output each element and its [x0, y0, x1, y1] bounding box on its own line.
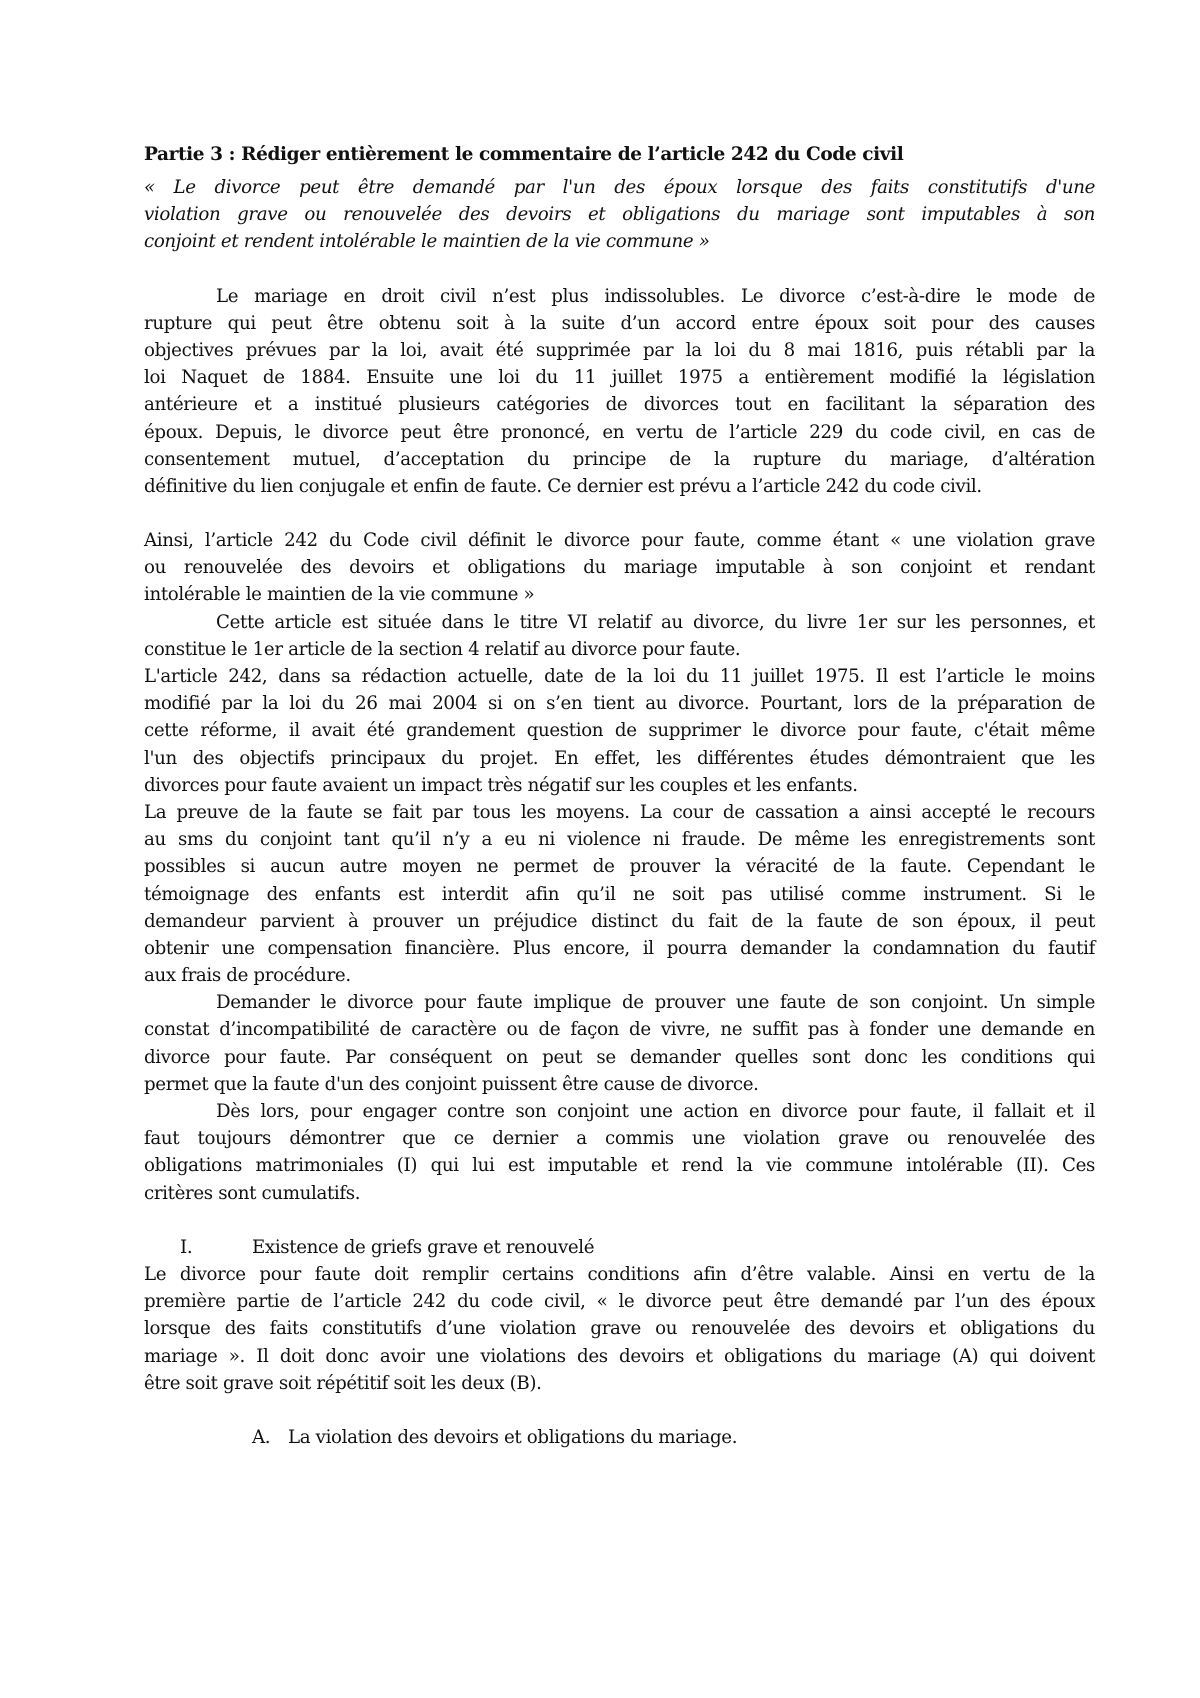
- paragraph-line: critères sont cumulatifs.: [144, 1180, 1095, 1207]
- paragraph-history: L'article 242, dans sa rédaction actuell…: [144, 663, 1095, 799]
- paragraph-plan: Dès lors, pour engager contre son conjoi…: [144, 1098, 1095, 1207]
- subsection-title: La violation des devoirs et obligations …: [288, 1427, 737, 1448]
- paragraph-line: l'un des objectifs principaux du projet.…: [144, 745, 1095, 772]
- paragraph-line: obtenir une compensation financière. Plu…: [144, 935, 1095, 962]
- paragraph-line: constitue le 1er article de la section 4…: [144, 636, 1095, 663]
- paragraph-location: Cette article est située dans le titre V…: [144, 609, 1095, 663]
- paragraph-line: obligations matrimoniales (I) qui lui es…: [144, 1152, 1095, 1179]
- paragraph-problematic: Demander le divorce pour faute implique …: [144, 989, 1095, 1098]
- paragraph-line: Le divorce pour faute doit remplir certa…: [144, 1261, 1095, 1288]
- paragraph-line: époux. Depuis, le divorce peut être pron…: [144, 419, 1095, 446]
- paragraph-line: rupture qui peut être obtenu soit à la s…: [144, 310, 1095, 337]
- section-heading-I: I.Existence de griefs grave et renouvelé: [144, 1234, 1095, 1261]
- paragraph-line: loi Naquet de 1884. Ensuite une loi du 1…: [144, 364, 1095, 391]
- paragraph-line: mariage ». Il doit donc avoir une violat…: [144, 1343, 1095, 1370]
- paragraph-line: L'article 242, dans sa rédaction actuell…: [144, 663, 1095, 690]
- paragraph-line: intolérable le maintien de la vie commun…: [144, 581, 1095, 608]
- paragraph-line: Cette article est située dans le titre V…: [144, 609, 1095, 636]
- paragraph-line: au sms du conjoint tant qu’il n’y a eu n…: [144, 826, 1095, 853]
- paragraph-definition: Ainsi, l’article 242 du Code civil défin…: [144, 527, 1095, 609]
- subsection-number: A.: [252, 1424, 288, 1451]
- paragraph-line: divorces pour faute avaient un impact tr…: [144, 772, 1095, 799]
- paragraph-line: possibles si aucun autre moyen ne permet…: [144, 853, 1095, 880]
- paragraph-introduction: Le mariage en droit civil n’est plus ind…: [144, 283, 1095, 501]
- paragraph-line: permet que la faute d'un des conjoint pu…: [144, 1071, 1095, 1098]
- paragraph-line: aux frais de procédure.: [144, 962, 1095, 989]
- paragraph-line: constat d’incompatibilité de caractère o…: [144, 1016, 1095, 1043]
- paragraph-line: ou renouvelée des devoirs et obligations…: [144, 554, 1095, 581]
- paragraph-line: Le mariage en droit civil n’est plus ind…: [144, 283, 1095, 310]
- paragraph-line: définitive du lien conjugale et enfin de…: [144, 473, 1095, 500]
- paragraph-line: Demander le divorce pour faute implique …: [144, 989, 1095, 1016]
- article-quote: « Le divorce peut être demandé par l'un …: [144, 174, 1095, 256]
- document-page: Partie 3 : Rédiger entièrement le commen…: [144, 142, 1095, 1451]
- paragraph-line: consentement mutuel, d’acceptation du pr…: [144, 446, 1095, 473]
- paragraph-line: demandeur parvient à prouver un préjudic…: [144, 908, 1095, 935]
- document-title: Partie 3 : Rédiger entièrement le commen…: [144, 142, 1095, 168]
- quote-line: violation grave ou renouvelée des devoir…: [144, 201, 1095, 228]
- paragraph-line: La preuve de la faute se fait par tous l…: [144, 799, 1095, 826]
- paragraph-evidence: La preuve de la faute se fait par tous l…: [144, 799, 1095, 989]
- paragraph-line: cette réforme, il avait été grandement q…: [144, 717, 1095, 744]
- paragraph-line: faut toujours démontrer que ce dernier a…: [144, 1125, 1095, 1152]
- paragraph-line: Ainsi, l’article 242 du Code civil défin…: [144, 527, 1095, 554]
- section-title: Existence de griefs grave et renouvelé: [252, 1237, 594, 1258]
- paragraph-line: modifié par la loi du 26 mai 2004 si on …: [144, 690, 1095, 717]
- quote-line: « Le divorce peut être demandé par l'un …: [144, 174, 1095, 201]
- paragraph-line: objectives prévues par la loi, avait été…: [144, 337, 1095, 364]
- paragraph-line: première partie de l’article 242 du code…: [144, 1288, 1095, 1315]
- quote-line: conjoint et rendent intolérable le maint…: [144, 228, 1095, 255]
- section-I-body: Le divorce pour faute doit remplir certa…: [144, 1261, 1095, 1397]
- paragraph-line: antérieure et a institué plusieurs catég…: [144, 391, 1095, 418]
- paragraph-line: témoignage des enfants est interdit afin…: [144, 881, 1095, 908]
- paragraph-line: divorce pour faute. Par conséquent on pe…: [144, 1044, 1095, 1071]
- paragraph-line: lorsque des faits constitutifs d’une vio…: [144, 1315, 1095, 1342]
- paragraph-line: Dès lors, pour engager contre son conjoi…: [144, 1098, 1095, 1125]
- section-heading-A: A.La violation des devoirs et obligation…: [144, 1424, 1095, 1451]
- section-number: I.: [144, 1234, 252, 1261]
- paragraph-line: être soit grave soit répétitif soit les …: [144, 1370, 1095, 1397]
